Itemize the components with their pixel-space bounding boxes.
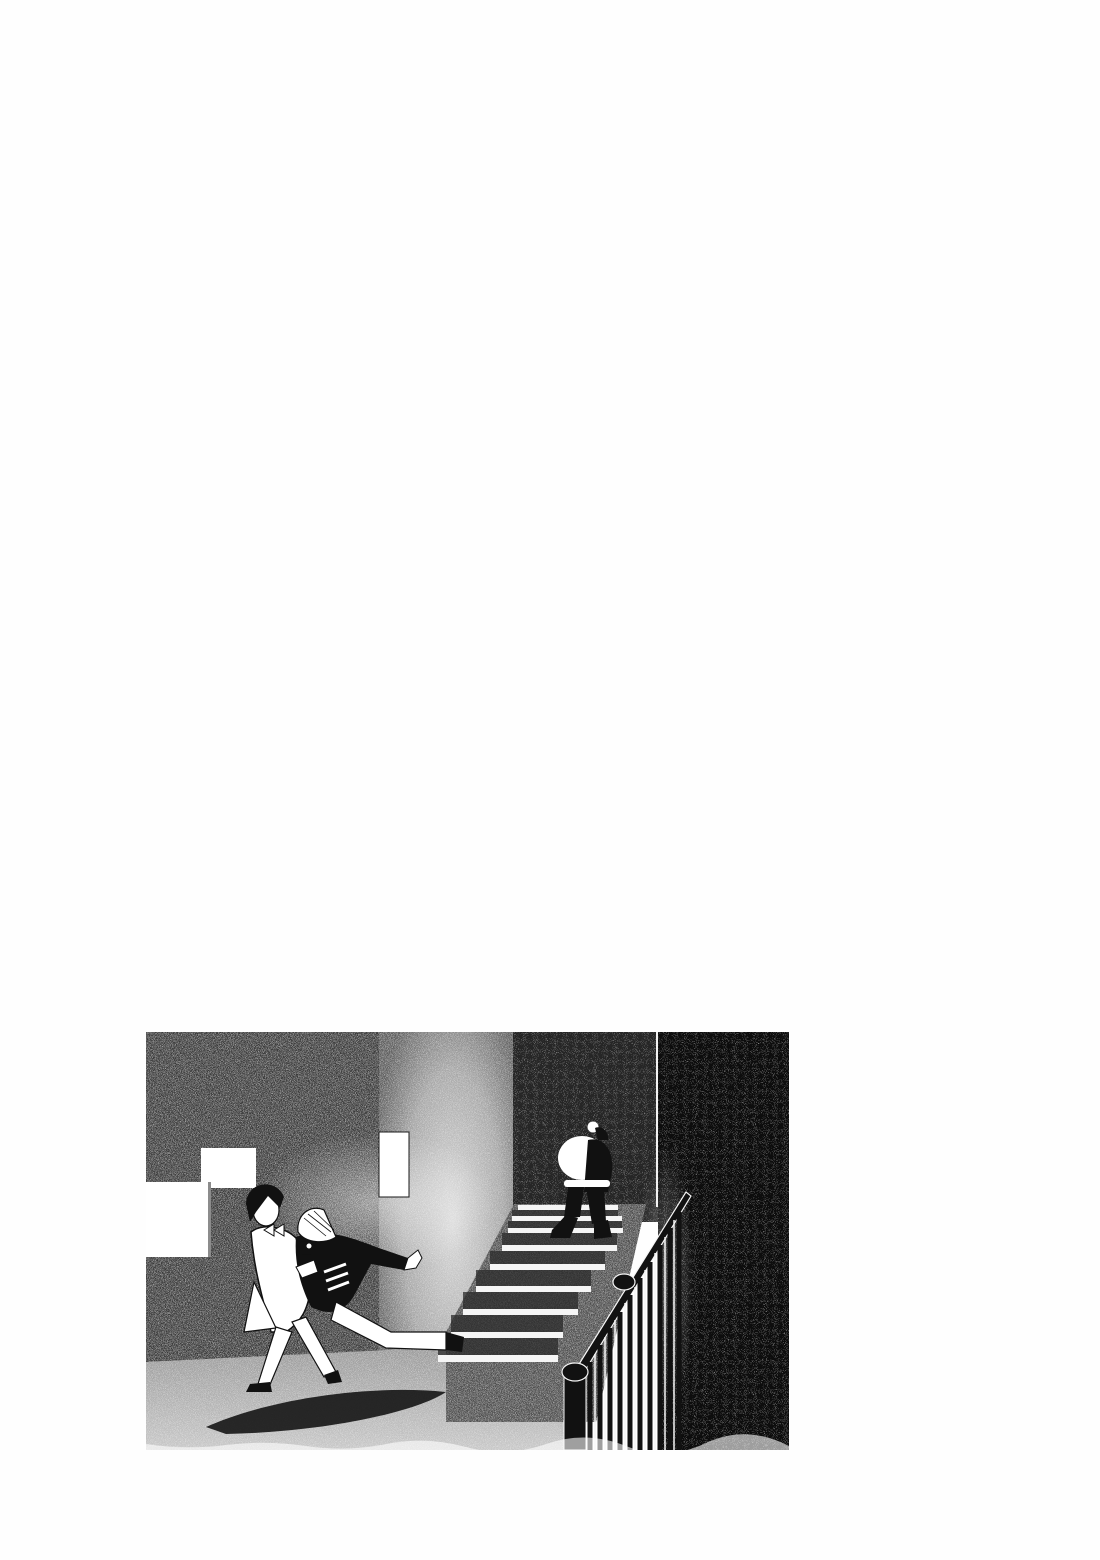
illustration-canvas	[146, 1032, 789, 1450]
picture-frame	[379, 1132, 409, 1197]
book-page: A figure in a white coat with a black bo…	[0, 0, 1100, 1560]
window-lower	[146, 1182, 211, 1257]
doorway	[513, 1032, 658, 1222]
stairs-santa-illustration: A figure in a white coat with a black bo…	[146, 1032, 789, 1450]
